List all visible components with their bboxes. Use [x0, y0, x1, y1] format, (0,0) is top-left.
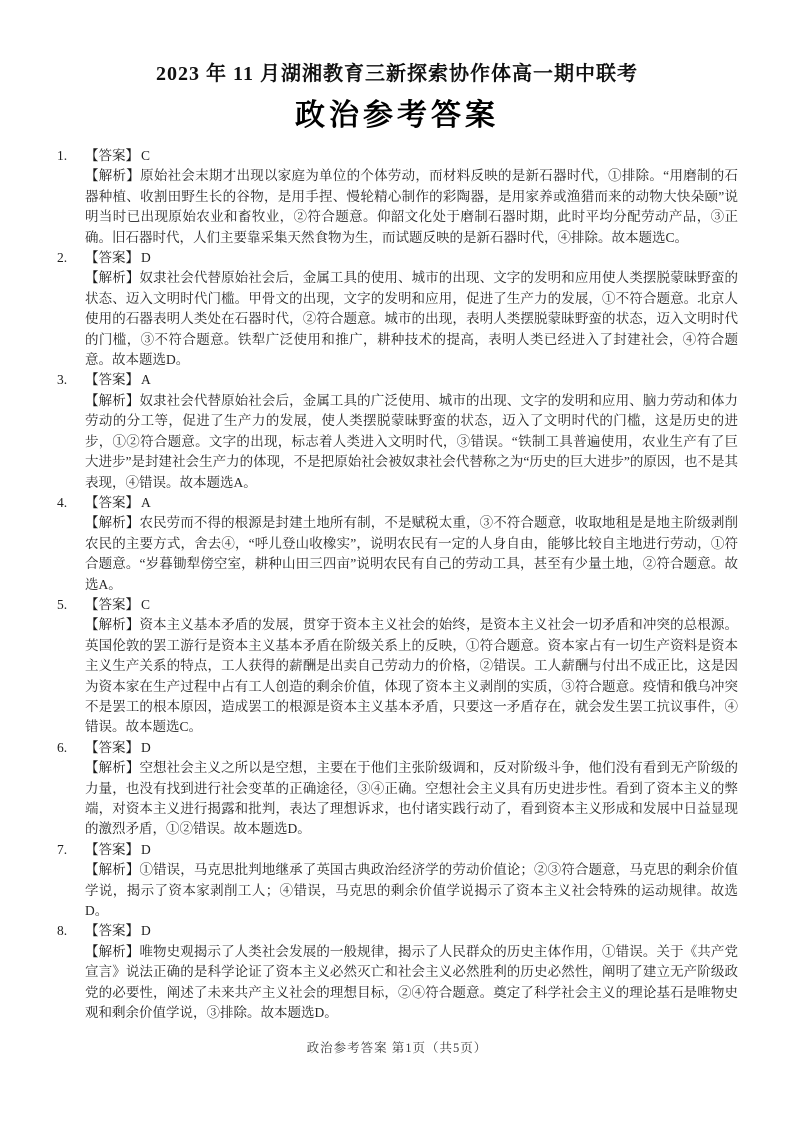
answer-label: 【答案】: [85, 842, 139, 857]
answers-list: 1. 【答案】C 【解析】原始社会末期才出现以家庭为单位的个体劳动，而材料反映的…: [57, 146, 738, 1023]
analysis-text: 农民劳而不得的根源是封建土地所有制，不是赋税太重，③不符合题意，收取地租是是地主…: [85, 515, 738, 591]
answer-label: 【答案】: [85, 495, 139, 510]
analysis-paragraph: 【解析】资本主义基本矛盾的发展，贯穿于资本主义社会的始终，是资本主义社会一切矛盾…: [85, 615, 738, 737]
answer-item: 6. 【答案】D 【解析】空想社会主义之所以是空想，主要在于他们主张阶级调和，反…: [57, 738, 738, 840]
analysis-text: 奴隶社会代替原始社会后，金属工具的广泛使用、城市的出现、文字的发明和应用、脑力劳…: [85, 393, 738, 490]
analysis-text: 原始社会末期才出现以家庭为单位的个体劳动，而材料反映的是新石器时代，①排除。“用…: [85, 168, 738, 244]
answer-label: 【答案】: [85, 250, 139, 265]
answer-label: 【答案】: [85, 148, 139, 163]
analysis-paragraph: 【解析】奴隶社会代替原始社会后，金属工具的广泛使用、城市的出现、文字的发明和应用…: [85, 391, 738, 493]
answer-letter: C: [141, 148, 150, 163]
analysis-text: 唯物史观揭示了人类社会发展的一般规律，揭示了人民群众的历史主体作用，①错误。关于…: [85, 944, 738, 1020]
analysis-paragraph: 【解析】唯物史观揭示了人类社会发展的一般规律，揭示了人民群众的历史主体作用，①错…: [85, 942, 738, 1024]
answer-item: 1. 【答案】C 【解析】原始社会末期才出现以家庭为单位的个体劳动，而材料反映的…: [57, 146, 738, 248]
question-number: 6.: [57, 738, 85, 758]
answer-label: 【答案】: [85, 372, 139, 387]
answer-letter: A: [141, 495, 151, 510]
analysis-text: 空想社会主义之所以是空想，主要在于他们主张阶级调和，反对阶级斗争，他们没有看到无…: [85, 760, 738, 836]
answer-label: 【答案】: [85, 740, 139, 755]
answer-line: 【答案】A: [85, 370, 738, 390]
analysis-label: 【解析】: [85, 393, 139, 408]
analysis-label: 【解析】: [85, 515, 139, 530]
answer-item: 2. 【答案】D 【解析】奴隶社会代替原始社会后，金属工具的使用、城市的出现、文…: [57, 248, 738, 370]
analysis-paragraph: 【解析】原始社会末期才出现以家庭为单位的个体劳动，而材料反映的是新石器时代，①排…: [85, 166, 738, 248]
answer-body: 【答案】D 【解析】空想社会主义之所以是空想，主要在于他们主张阶级调和，反对阶级…: [85, 738, 738, 840]
answer-item: 5. 【答案】C 【解析】资本主义基本矛盾的发展，贯穿于资本主义社会的始终，是资…: [57, 595, 738, 738]
answer-line: 【答案】D: [85, 738, 738, 758]
answer-body: 【答案】C 【解析】资本主义基本矛盾的发展，贯穿于资本主义社会的始终，是资本主义…: [85, 595, 738, 738]
analysis-label: 【解析】: [85, 270, 139, 285]
answer-line: 【答案】C: [85, 146, 738, 166]
question-number: 7.: [57, 840, 85, 860]
answer-body: 【答案】D 【解析】①错误，马克思批判地继承了英国古典政治经济学的劳动价值论；②…: [85, 840, 738, 922]
answer-line: 【答案】D: [85, 921, 738, 941]
analysis-text: 资本主义基本矛盾的发展，贯穿于资本主义社会的始终，是资本主义社会一切矛盾和冲突的…: [85, 617, 738, 734]
analysis-paragraph: 【解析】空想社会主义之所以是空想，主要在于他们主张阶级调和，反对阶级斗争，他们没…: [85, 758, 738, 840]
question-number: 2.: [57, 248, 85, 268]
question-number: 8.: [57, 921, 85, 941]
answer-line: 【答案】D: [85, 248, 738, 268]
answer-letter: D: [141, 842, 151, 857]
analysis-text: 奴隶社会代替原始社会后，金属工具的使用、城市的出现、文字的发明和应用使人类摆脱蒙…: [85, 270, 738, 367]
question-number: 3.: [57, 370, 85, 390]
analysis-label: 【解析】: [85, 760, 139, 775]
answer-key-heading: 政治参考答案: [0, 90, 794, 134]
question-number: 4.: [57, 493, 85, 513]
exam-title: 2023 年 11 月湖湘教育三新探索协作体高一期中联考: [0, 0, 794, 86]
analysis-label: 【解析】: [85, 862, 139, 877]
answer-line: 【答案】A: [85, 493, 738, 513]
answer-line: 【答案】D: [85, 840, 738, 860]
answer-label: 【答案】: [85, 923, 139, 938]
answer-body: 【答案】A 【解析】农民劳而不得的根源是封建土地所有制，不是赋税太重，③不符合题…: [85, 493, 738, 595]
question-number: 1.: [57, 146, 85, 166]
question-number: 5.: [57, 595, 85, 615]
answer-item: 4. 【答案】A 【解析】农民劳而不得的根源是封建土地所有制，不是赋税太重，③不…: [57, 493, 738, 595]
answer-item: 8. 【答案】D 【解析】唯物史观揭示了人类社会发展的一般规律，揭示了人民群众的…: [57, 921, 738, 1023]
answer-label: 【答案】: [85, 597, 139, 612]
answer-body: 【答案】A 【解析】奴隶社会代替原始社会后，金属工具的广泛使用、城市的出现、文字…: [85, 370, 738, 492]
analysis-label: 【解析】: [85, 944, 139, 959]
page-footer: 政治参考答案 第1页（共5页）: [0, 1038, 794, 1056]
analysis-label: 【解析】: [85, 168, 140, 183]
document-page: 2023 年 11 月湖湘教育三新探索协作体高一期中联考 政治参考答案 1. 【…: [0, 0, 794, 1123]
answer-letter: D: [141, 740, 151, 755]
analysis-text: ①错误，马克思批判地继承了英国古典政治经济学的劳动价值论；②③符合题意，马克思的…: [85, 862, 738, 918]
answer-line: 【答案】C: [85, 595, 738, 615]
answer-letter: D: [141, 250, 151, 265]
analysis-paragraph: 【解析】①错误，马克思批判地继承了英国古典政治经济学的劳动价值论；②③符合题意，…: [85, 860, 738, 921]
analysis-label: 【解析】: [85, 617, 139, 632]
answer-item: 3. 【答案】A 【解析】奴隶社会代替原始社会后，金属工具的广泛使用、城市的出现…: [57, 370, 738, 492]
answer-letter: A: [141, 372, 151, 387]
answer-letter: C: [141, 597, 150, 612]
answer-body: 【答案】D 【解析】奴隶社会代替原始社会后，金属工具的使用、城市的出现、文字的发…: [85, 248, 738, 370]
answer-letter: D: [141, 923, 151, 938]
analysis-paragraph: 【解析】农民劳而不得的根源是封建土地所有制，不是赋税太重，③不符合题意，收取地租…: [85, 513, 738, 595]
answer-item: 7. 【答案】D 【解析】①错误，马克思批判地继承了英国古典政治经济学的劳动价值…: [57, 840, 738, 922]
answer-body: 【答案】C 【解析】原始社会末期才出现以家庭为单位的个体劳动，而材料反映的是新石…: [85, 146, 738, 248]
analysis-paragraph: 【解析】奴隶社会代替原始社会后，金属工具的使用、城市的出现、文字的发明和应用使人…: [85, 268, 738, 370]
answer-body: 【答案】D 【解析】唯物史观揭示了人类社会发展的一般规律，揭示了人民群众的历史主…: [85, 921, 738, 1023]
